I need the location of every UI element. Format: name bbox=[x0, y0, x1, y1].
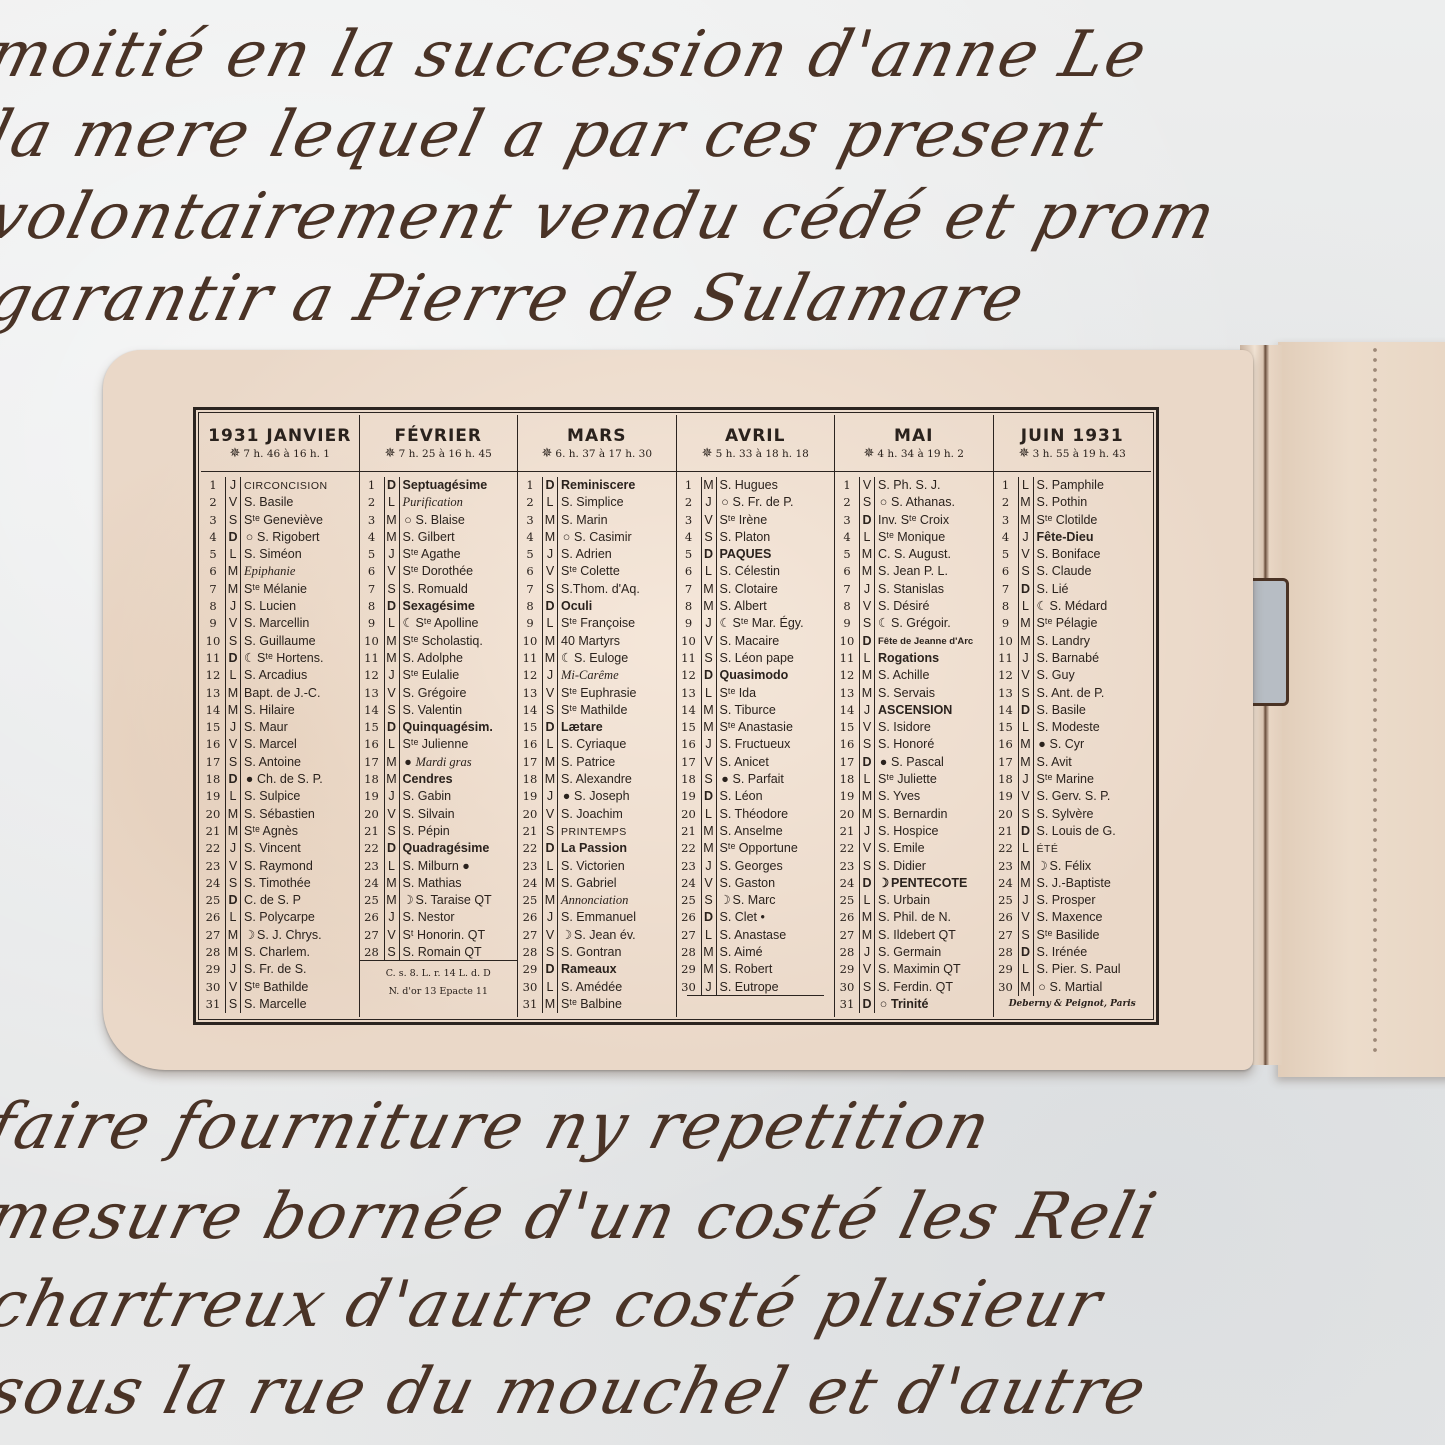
saint-name: S. Léon bbox=[717, 788, 835, 805]
saint-name: S. Boniface bbox=[1034, 546, 1152, 563]
day-row: 2J○S. Fr. de P. bbox=[677, 494, 835, 511]
day-number: 5 bbox=[518, 546, 542, 563]
day-number: 14 bbox=[994, 702, 1018, 719]
weekday-letter: L bbox=[542, 736, 558, 753]
day-number: 5 bbox=[677, 546, 701, 563]
day-number: 3 bbox=[677, 512, 701, 529]
day-row: 27VSᵗ Honorin. QT bbox=[360, 927, 518, 944]
weekday-letter: L bbox=[225, 546, 241, 563]
day-row: 15JS. Maur bbox=[201, 719, 359, 736]
day-row: 27LS. Anastase bbox=[677, 927, 835, 944]
saint-name: S. Urbain bbox=[875, 892, 993, 909]
saint-name: ●S. Joseph bbox=[558, 788, 676, 805]
day-row: 11JS. Barnabé bbox=[994, 650, 1152, 667]
day-row: 11MS. Adolphe bbox=[360, 650, 518, 667]
day-number: 3 bbox=[201, 512, 225, 529]
day-row: 30SS. Ferdin. QT bbox=[835, 979, 993, 996]
weekday-letter: V bbox=[859, 719, 875, 736]
day-number: 19 bbox=[994, 788, 1018, 805]
day-number: 25 bbox=[360, 892, 384, 909]
day-number: 2 bbox=[360, 494, 384, 511]
saint-name: S. Timothée bbox=[241, 875, 359, 892]
weekday-letter: D bbox=[542, 477, 558, 494]
day-number: 30 bbox=[994, 979, 1018, 996]
weekday-letter: D bbox=[701, 909, 717, 926]
weekday-letter: D bbox=[1018, 702, 1034, 719]
saint-name: S. Lié bbox=[1034, 581, 1152, 598]
day-number: 5 bbox=[201, 546, 225, 563]
saint-name: S. Jean P. L. bbox=[875, 563, 993, 580]
day-row: 24MS. Gabriel bbox=[518, 875, 676, 892]
day-number: 10 bbox=[360, 633, 384, 650]
weekday-letter: M bbox=[1018, 858, 1034, 875]
day-number: 27 bbox=[677, 927, 701, 944]
day-row: 14MS. Hilaire bbox=[201, 702, 359, 719]
weekday-letter: M bbox=[384, 512, 400, 529]
saint-name: PRINTEMPS bbox=[558, 823, 676, 840]
saint-name: Oculi bbox=[558, 598, 676, 615]
day-row: 29JS. Fr. de S. bbox=[201, 961, 359, 978]
day-number: 11 bbox=[677, 650, 701, 667]
day-row: 7DS. Lié bbox=[994, 581, 1152, 598]
saint-name: S. Hugues bbox=[717, 477, 835, 494]
day-row: 2VS. Basile bbox=[201, 494, 359, 511]
day-number: 12 bbox=[201, 667, 225, 684]
saint-name: S. Lucien bbox=[241, 598, 359, 615]
day-number: 17 bbox=[201, 754, 225, 771]
weekday-letter: V bbox=[384, 563, 400, 580]
day-number: 17 bbox=[518, 754, 542, 771]
saint-name: S. Georges bbox=[717, 858, 835, 875]
day-number: 11 bbox=[360, 650, 384, 667]
first-quarter-moon-icon: ☽ bbox=[403, 892, 414, 909]
day-number: 29 bbox=[201, 961, 225, 978]
day-row: 5JS. Adrien bbox=[518, 546, 676, 563]
saint-name: ○S. Martial bbox=[1034, 979, 1152, 996]
weekday-letter: M bbox=[701, 823, 717, 840]
day-number: 14 bbox=[518, 702, 542, 719]
weekday-letter: M bbox=[225, 581, 241, 598]
month-fevrier: FÉVRIER ✵7 h. 25 à 16 h. 45 1DSeptuagési… bbox=[360, 415, 519, 1017]
month-header: AVRIL ✵5 h. 33 à 18 h. 18 bbox=[677, 415, 835, 472]
day-row: 30LS. Amédée bbox=[518, 979, 676, 996]
saint-name: ○Trinité bbox=[875, 996, 993, 1013]
first-quarter-moon-icon: ☽ bbox=[878, 875, 889, 892]
weekday-letter: V bbox=[701, 754, 717, 771]
day-number: 27 bbox=[518, 927, 542, 944]
day-number: 17 bbox=[677, 754, 701, 771]
day-number: 12 bbox=[518, 667, 542, 684]
day-number: 15 bbox=[518, 719, 542, 736]
saint-name: Lætare bbox=[558, 719, 676, 736]
day-number: 6 bbox=[518, 563, 542, 580]
day-number: 4 bbox=[677, 529, 701, 546]
day-row: 12LS. Arcadius bbox=[201, 667, 359, 684]
month-name: JUIN 1931 bbox=[994, 425, 1152, 447]
day-row: 16VS. Marcel bbox=[201, 736, 359, 753]
day-row: 7MSᵗᵉ Mélanie bbox=[201, 581, 359, 598]
day-row: 20MS. Bernardin bbox=[835, 806, 993, 823]
saint-name: ●S. Parfait bbox=[717, 771, 835, 788]
weekday-letter: L bbox=[542, 979, 558, 996]
weekday-letter: J bbox=[701, 494, 717, 511]
day-row: 29MS. Robert bbox=[677, 961, 835, 978]
day-row: 15LS. Modeste bbox=[994, 719, 1152, 736]
day-row: 26JS. Nestor bbox=[360, 909, 518, 926]
weekday-letter: S bbox=[225, 996, 241, 1013]
day-row: 19LS. Sulpice bbox=[201, 788, 359, 805]
saint-name: S. Gabin bbox=[400, 788, 518, 805]
weekday-letter: J bbox=[542, 788, 558, 805]
saint-name: Bapt. de J.-C. bbox=[241, 685, 359, 702]
saint-name: Sᵗᵉ Dorothée bbox=[400, 563, 518, 580]
day-number: 20 bbox=[360, 806, 384, 823]
saint-name: Sᵗᵉ Marine bbox=[1034, 771, 1152, 788]
day-row: 6VSᵗᵉ Colette bbox=[518, 563, 676, 580]
saint-name: S. Alexandre bbox=[558, 771, 676, 788]
day-row: 13LSᵗᵉ Ida bbox=[677, 685, 835, 702]
weekday-letter: D bbox=[542, 840, 558, 857]
weekday-letter: M bbox=[701, 961, 717, 978]
sunrise-sunset: ✵3 h. 55 à 19 h. 43 bbox=[994, 447, 1152, 461]
day-row: 24MS. J.-Baptiste bbox=[994, 875, 1152, 892]
day-number: 23 bbox=[835, 858, 859, 875]
weekday-letter: M bbox=[225, 702, 241, 719]
new-moon-icon: ● bbox=[878, 754, 889, 771]
weekday-letter: S bbox=[384, 581, 400, 598]
saint-name: S. Silvain bbox=[400, 806, 518, 823]
saint-name: ☾Sᵗᵉ Apolline bbox=[400, 615, 518, 632]
day-row: 30M○S. Martial bbox=[994, 979, 1152, 996]
day-number: 22 bbox=[994, 840, 1018, 857]
sun-times: 7 h. 46 à 16 h. 1 bbox=[243, 448, 330, 460]
saint-name: ☾Sᵗᵉ Mar. Égy. bbox=[717, 615, 835, 632]
day-row: 25LS. Urbain bbox=[835, 892, 993, 909]
day-number: 22 bbox=[518, 840, 542, 857]
day-row: 6MEpiphanie bbox=[201, 563, 359, 580]
weekday-letter: D bbox=[225, 771, 241, 788]
day-number: 8 bbox=[518, 598, 542, 615]
weekday-letter: V bbox=[225, 736, 241, 753]
day-row: 4LSᵗᵉ Monique bbox=[835, 529, 993, 546]
day-row: 22DQuadragésime bbox=[360, 840, 518, 857]
saint-name: Rameaux bbox=[558, 961, 676, 978]
weekday-letter: S bbox=[859, 858, 875, 875]
new-moon-icon: ● bbox=[403, 754, 414, 771]
saint-name: S. Sébastien bbox=[241, 806, 359, 823]
weekday-letter: V bbox=[225, 979, 241, 996]
saint-name: S. Basile bbox=[1034, 702, 1152, 719]
saint-name: S. Milburn ● bbox=[400, 858, 518, 875]
weekday-letter: M bbox=[542, 633, 558, 650]
day-row: 6MS. Jean P. L. bbox=[835, 563, 993, 580]
day-row: 26LS. Polycarpe bbox=[201, 909, 359, 926]
day-row: 17VS. Anicet bbox=[677, 754, 835, 771]
day-row: 17MS. Avit bbox=[994, 754, 1152, 771]
day-number: 17 bbox=[994, 754, 1018, 771]
saint-name: S. Ildebert QT bbox=[875, 927, 993, 944]
new-moon-icon: ● bbox=[244, 771, 255, 788]
day-row: 19JS. Gabin bbox=[360, 788, 518, 805]
day-list: 1MS. Hugues2J○S. Fr. de P.3VSᵗᵉ Irène4SS… bbox=[677, 472, 835, 996]
day-number: 3 bbox=[994, 512, 1018, 529]
saint-name: S. Clotaire bbox=[717, 581, 835, 598]
sun-icon: ✵ bbox=[702, 446, 713, 461]
month-mai: MAI ✵4 h. 34 à 19 h. 2 1VS. Ph. S. J.2S○… bbox=[835, 415, 994, 1017]
day-row: 23SS. Didier bbox=[835, 858, 993, 875]
saint-name: Sᵗᵉ Agnès bbox=[241, 823, 359, 840]
day-row: 1VS. Ph. S. J. bbox=[835, 477, 993, 494]
day-number: 30 bbox=[201, 979, 225, 996]
saint-name: S. Ph. S. J. bbox=[875, 477, 993, 494]
weekday-letter: M bbox=[1018, 754, 1034, 771]
saint-name: S. Romuald bbox=[400, 581, 518, 598]
weekday-letter: L bbox=[542, 858, 558, 875]
day-row: 25S☽S. Marc bbox=[677, 892, 835, 909]
day-number: 23 bbox=[677, 858, 701, 875]
weekday-letter: M bbox=[859, 788, 875, 805]
day-row: 21SPRINTEMPS bbox=[518, 823, 676, 840]
weekday-letter: M bbox=[225, 944, 241, 961]
day-number: 11 bbox=[994, 650, 1018, 667]
day-number: 15 bbox=[360, 719, 384, 736]
day-row: 20VS. Joachim bbox=[518, 806, 676, 823]
saint-name: S. Maximin QT bbox=[875, 961, 993, 978]
weekday-letter: J bbox=[225, 840, 241, 857]
saint-name: S. Emile bbox=[875, 840, 993, 857]
month-end-rule bbox=[687, 995, 825, 996]
day-number: 15 bbox=[201, 719, 225, 736]
day-number: 31 bbox=[518, 996, 542, 1013]
day-row: 4SS. Platon bbox=[677, 529, 835, 546]
saint-name: ☽S. Marc bbox=[717, 892, 835, 909]
saint-name: S. Anastase bbox=[717, 927, 835, 944]
day-number: 7 bbox=[360, 581, 384, 598]
saint-name: Sᵗᵉ Pélagie bbox=[1034, 615, 1152, 632]
weekday-letter: V bbox=[701, 512, 717, 529]
day-row: 3VSᵗᵉ Irène bbox=[677, 512, 835, 529]
saint-name: S. Gontran bbox=[558, 944, 676, 961]
day-number: 13 bbox=[518, 685, 542, 702]
day-row: 10VS. Macaire bbox=[677, 633, 835, 650]
saint-name: S. Emmanuel bbox=[558, 909, 676, 926]
saint-name: S. Nestor bbox=[400, 909, 518, 926]
day-number: 16 bbox=[518, 736, 542, 753]
weekday-letter: D bbox=[701, 667, 717, 684]
saint-name: S. Simplice bbox=[558, 494, 676, 511]
saint-name: Sᵗᵉ Geneviève bbox=[241, 512, 359, 529]
month-avril: AVRIL ✵5 h. 33 à 18 h. 18 1MS. Hugues2J○… bbox=[677, 415, 836, 1017]
day-number: 21 bbox=[518, 823, 542, 840]
weekday-letter: D bbox=[859, 512, 875, 529]
saint-name: S. Polycarpe bbox=[241, 909, 359, 926]
day-row: 4MS. Gilbert bbox=[360, 529, 518, 546]
day-row: 24SS. Timothée bbox=[201, 875, 359, 892]
day-number: 27 bbox=[360, 927, 384, 944]
full-moon-icon: ○ bbox=[1037, 979, 1048, 996]
weekday-letter: S bbox=[384, 944, 400, 961]
saint-name: S. Célestin bbox=[717, 563, 835, 580]
saint-name: C. S. August. bbox=[875, 546, 993, 563]
weekday-letter: L bbox=[859, 771, 875, 788]
weekday-letter: V bbox=[384, 927, 400, 944]
day-row: 27M☽S. J. Chrys. bbox=[201, 927, 359, 944]
day-number: 26 bbox=[677, 909, 701, 926]
day-number: 25 bbox=[994, 892, 1018, 909]
day-row: 23VS. Raymond bbox=[201, 858, 359, 875]
sunrise-sunset: ✵7 h. 25 à 16 h. 45 bbox=[360, 447, 518, 461]
saint-name: S. Cyriaque bbox=[558, 736, 676, 753]
weekday-letter: L bbox=[1018, 719, 1034, 736]
day-row: 21MS. Anselme bbox=[677, 823, 835, 840]
weekday-letter: D bbox=[859, 754, 875, 771]
last-quarter-moon-icon: ☾ bbox=[561, 650, 572, 667]
weekday-letter: D bbox=[542, 598, 558, 615]
day-number: 22 bbox=[835, 840, 859, 857]
weekday-letter: S bbox=[701, 650, 717, 667]
day-row: 9LSᵗᵉ Françoise bbox=[518, 615, 676, 632]
saint-name: S. Honoré bbox=[875, 736, 993, 753]
day-number: 27 bbox=[201, 927, 225, 944]
saint-name: Fête-Dieu bbox=[1034, 529, 1152, 546]
saint-name: Sᵗᵉ Mélanie bbox=[241, 581, 359, 598]
day-row: 29DRameaux bbox=[518, 961, 676, 978]
day-row: 4M○S. Casimir bbox=[518, 529, 676, 546]
day-row: 18MS. Alexandre bbox=[518, 771, 676, 788]
saint-name: Quinquagésim. bbox=[400, 719, 518, 736]
saint-name: S. Louis de G. bbox=[1034, 823, 1152, 840]
saint-name: Sᵗᵉ Basilide bbox=[1034, 927, 1152, 944]
saint-name: S. Antoine bbox=[241, 754, 359, 771]
day-number: 1 bbox=[360, 477, 384, 494]
day-row: 27SSᵗᵉ Basilide bbox=[994, 927, 1152, 944]
day-number: 15 bbox=[994, 719, 1018, 736]
saint-name: Rogations bbox=[875, 650, 993, 667]
saint-name: S. Adolphe bbox=[400, 650, 518, 667]
day-row: 26VS. Maxence bbox=[994, 909, 1152, 926]
first-quarter-moon-icon: ☽ bbox=[720, 892, 731, 909]
sunrise-sunset: ✵7 h. 46 à 16 h. 1 bbox=[201, 447, 359, 461]
weekday-letter: L bbox=[384, 615, 400, 632]
day-number: 24 bbox=[201, 875, 225, 892]
weekday-letter: L bbox=[225, 667, 241, 684]
weekday-letter: J bbox=[225, 961, 241, 978]
saint-name: S. Maxence bbox=[1034, 909, 1152, 926]
day-number: 14 bbox=[360, 702, 384, 719]
day-number: 8 bbox=[835, 598, 859, 615]
day-row: 19MS. Yves bbox=[835, 788, 993, 805]
day-row: 5MC. S. August. bbox=[835, 546, 993, 563]
weekday-letter: M bbox=[225, 563, 241, 580]
day-row: 12JSᵗᵉ Eulalie bbox=[360, 667, 518, 684]
saint-name: Quadragésime bbox=[400, 840, 518, 857]
day-number: 19 bbox=[835, 788, 859, 805]
saint-name: Annonciation bbox=[558, 892, 676, 909]
day-number: 16 bbox=[201, 736, 225, 753]
weekday-letter: J bbox=[542, 909, 558, 926]
saint-name: Fête de Jeanne d'Arc bbox=[875, 633, 993, 650]
weekday-letter: V bbox=[542, 563, 558, 580]
saint-name: S. Théodore bbox=[717, 806, 835, 823]
day-number: 12 bbox=[835, 667, 859, 684]
day-row: 1LS. Pamphile bbox=[994, 477, 1152, 494]
sun-times: 6. h. 37 à 17 h. 30 bbox=[555, 448, 652, 460]
sunrise-sunset: ✵4 h. 34 à 19 h. 2 bbox=[835, 447, 993, 461]
weekday-letter: J bbox=[384, 909, 400, 926]
weekday-letter: J bbox=[384, 546, 400, 563]
saint-name: S.Thom. d'Aq. bbox=[558, 581, 676, 598]
weekday-letter: S bbox=[859, 494, 875, 511]
day-list: 1LS. Pamphile2MS. Pothin3MSᵗᵉ Clotilde4J… bbox=[994, 472, 1152, 996]
saint-name: S. Robert bbox=[717, 961, 835, 978]
day-row: 22MSᵗᵉ Opportune bbox=[677, 840, 835, 857]
day-row: 18JSᵗᵉ Marine bbox=[994, 771, 1152, 788]
day-number: 18 bbox=[201, 771, 225, 788]
manuscript-line: moitié en la succession d'anne Le bbox=[0, 18, 1155, 92]
saint-name: S. Phil. de N. bbox=[875, 909, 993, 926]
day-row: 7SS.Thom. d'Aq. bbox=[518, 581, 676, 598]
saint-name: S. Bernardin bbox=[875, 806, 993, 823]
weekday-letter: L bbox=[225, 788, 241, 805]
saint-name: ☽S. Taraise QT bbox=[400, 892, 518, 909]
saint-name: S. Pépin bbox=[400, 823, 518, 840]
day-row: 18MCendres bbox=[360, 771, 518, 788]
sun-times: 5 h. 33 à 18 h. 18 bbox=[716, 448, 809, 460]
saint-name: S. Modeste bbox=[1034, 719, 1152, 736]
saint-name: Sᵗᵉ Opportune bbox=[717, 840, 835, 857]
manuscript-line: volontairement vendu cédé et prom bbox=[0, 180, 1224, 254]
day-row: 9MSᵗᵉ Pélagie bbox=[994, 615, 1152, 632]
weekday-letter: M bbox=[701, 477, 717, 494]
saint-name: Sᵗᵉ Eulalie bbox=[400, 667, 518, 684]
saint-name: Epiphanie bbox=[241, 563, 359, 580]
day-number: 26 bbox=[518, 909, 542, 926]
day-row: 3DInv. Sᵗᵉ Croix bbox=[835, 512, 993, 529]
day-row: 8DOculi bbox=[518, 598, 676, 615]
weekday-letter: J bbox=[701, 615, 717, 632]
new-moon-icon: ● bbox=[720, 771, 731, 788]
day-row: 26JS. Emmanuel bbox=[518, 909, 676, 926]
weekday-letter: S bbox=[701, 771, 717, 788]
saint-name: ●Mardi gras bbox=[400, 754, 518, 771]
weekday-letter: J bbox=[225, 598, 241, 615]
weekday-letter: J bbox=[859, 581, 875, 598]
day-row: 13VSᵗᵉ Euphrasie bbox=[518, 685, 676, 702]
weekday-letter: M bbox=[225, 823, 241, 840]
day-number: 11 bbox=[835, 650, 859, 667]
saint-name: S. Pier. S. Paul bbox=[1034, 961, 1152, 978]
weekday-letter: S bbox=[225, 512, 241, 529]
saint-name: S. Victorien bbox=[558, 858, 676, 875]
day-row: 9J☾Sᵗᵉ Mar. Égy. bbox=[677, 615, 835, 632]
day-row: 14DS. Basile bbox=[994, 702, 1152, 719]
day-row: 16SS. Honoré bbox=[835, 736, 993, 753]
weekday-letter: V bbox=[701, 633, 717, 650]
weekday-letter: J bbox=[701, 736, 717, 753]
saint-name: S. Marcellin bbox=[241, 615, 359, 632]
day-row: 2S○S. Athanas. bbox=[835, 494, 993, 511]
saint-name: S. Landry bbox=[1034, 633, 1152, 650]
day-row: 25JS. Prosper bbox=[994, 892, 1152, 909]
saint-name: S. Fructueux bbox=[717, 736, 835, 753]
saint-name: ●Ch. de S. P. bbox=[241, 771, 359, 788]
day-row: 11M☾S. Euloge bbox=[518, 650, 676, 667]
day-row: 3MSᵗᵉ Clotilde bbox=[994, 512, 1152, 529]
saint-name: S. Gabriel bbox=[558, 875, 676, 892]
saint-name: S. Didier bbox=[875, 858, 993, 875]
day-row: 21SS. Pépin bbox=[360, 823, 518, 840]
day-number: 28 bbox=[201, 944, 225, 961]
